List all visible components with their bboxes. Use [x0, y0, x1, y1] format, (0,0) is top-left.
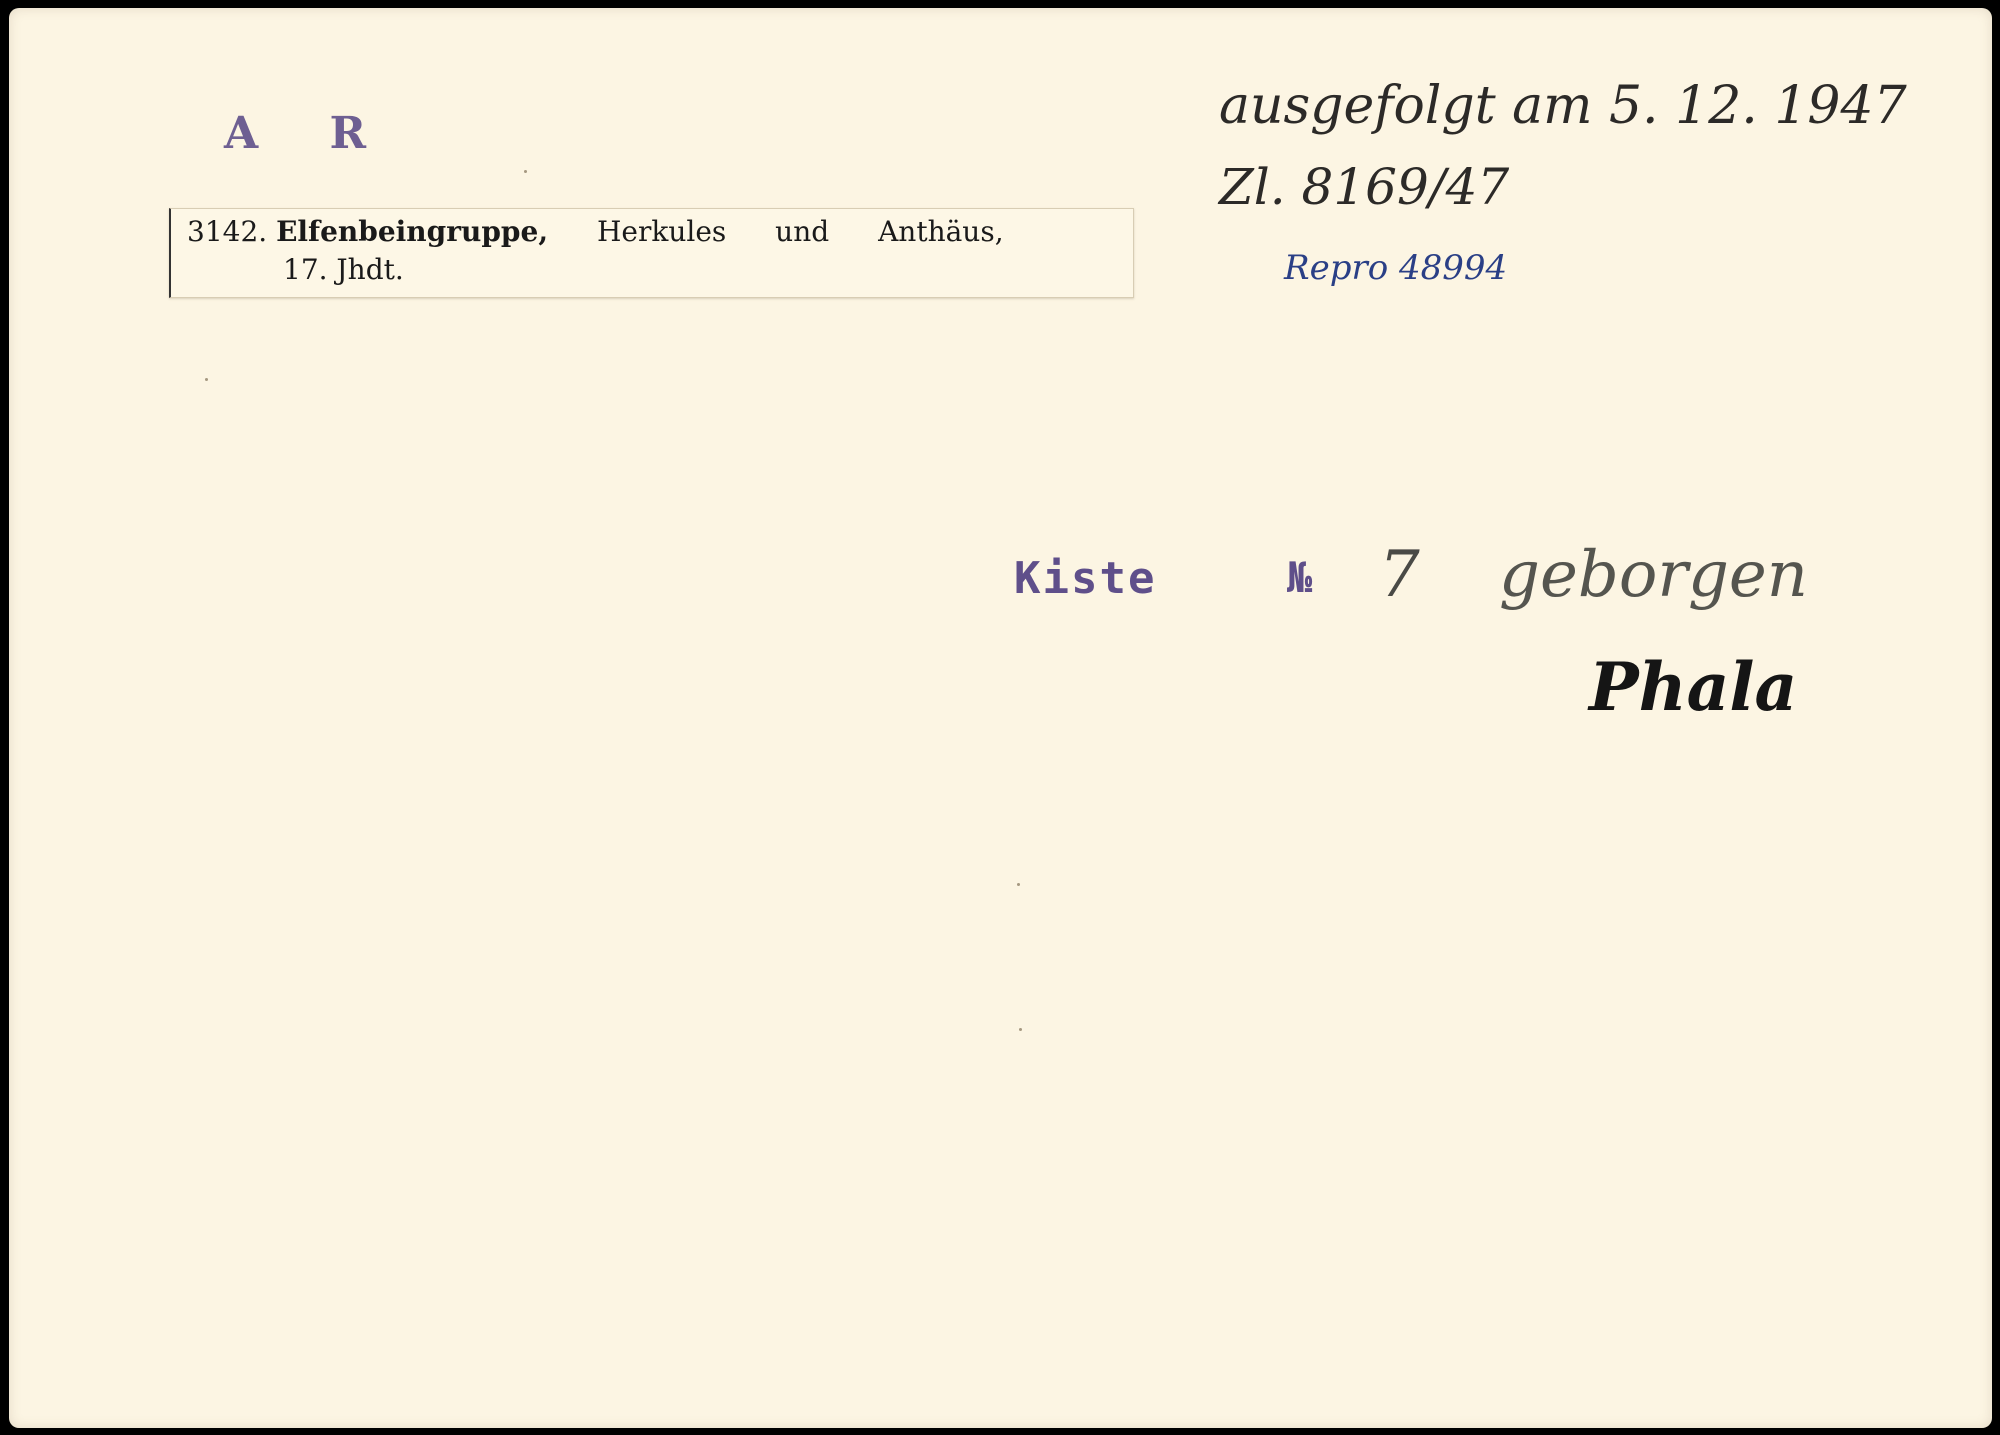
subject-2: Anthäus,: [878, 215, 1004, 248]
object-title: Elfenbeingruppe,: [276, 215, 548, 248]
handwritten-repro-number: Repro 48994: [1284, 248, 1507, 288]
subject-1: Herkules: [597, 215, 726, 248]
handwritten-reference: Zl. 8169/47: [1219, 158, 1509, 216]
label-date: 17. Jhdt.: [283, 253, 404, 286]
paper-speck: [1019, 1028, 1022, 1031]
catalog-number: 3142.: [187, 215, 267, 248]
paper-speck: [524, 170, 527, 173]
paper-speck: [205, 378, 208, 381]
number-sign-stamp: №: [1287, 553, 1312, 602]
conjunction: und: [775, 215, 829, 248]
archive-card: A R 3142. Elfenbeingruppe, Herkules und …: [9, 8, 1992, 1428]
handwritten-issued-note: ausgefolgt am 5. 12. 1947: [1219, 76, 1907, 136]
initials-stamp: A R: [224, 108, 394, 159]
label-line-1: 3142. Elfenbeingruppe, Herkules und Anth…: [187, 215, 1004, 248]
handwritten-box-number: 7: [1379, 538, 1420, 612]
paper-speck: [1017, 883, 1020, 886]
handwritten-signature: Phala: [1589, 648, 1797, 726]
catalog-label: 3142. Elfenbeingruppe, Herkules und Anth…: [169, 208, 1134, 298]
kiste-stamp: Kiste: [1014, 553, 1156, 604]
handwritten-stored: geborgen: [1499, 538, 1808, 612]
